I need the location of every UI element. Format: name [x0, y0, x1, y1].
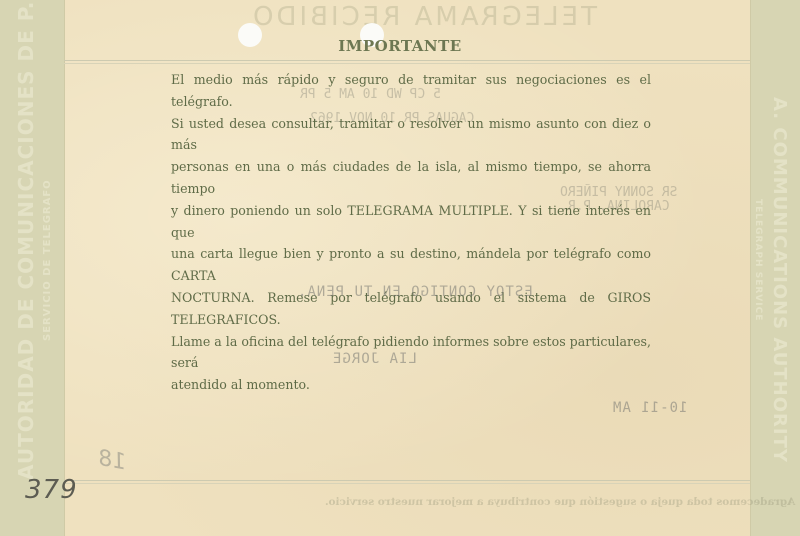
top-divider: [64, 60, 750, 64]
paragraph-line: personas en una o más ciudades de la isl…: [171, 156, 651, 200]
paragraph-line: y dinero poniendo un solo TELEGRAMA MULT…: [171, 200, 651, 244]
typed-message: ESTOY CONTIGO EN TU PENA.: [297, 284, 533, 300]
bleed-through-header: TELEGRAMA RECIBIDO: [250, 2, 597, 32]
handwritten-number: 379: [25, 475, 78, 505]
right-stub-authority-text: A. COMMUNICATIONS AUTHORITY: [769, 60, 790, 500]
typed-time: 10-11 AM: [612, 400, 687, 416]
right-stub: A. COMMUNICATIONS AUTHORITY TELEGRAPH SE…: [750, 0, 800, 536]
left-stub-service-text: SERVICIO DE TELEGRAFO: [42, 120, 53, 400]
notice-paragraph-text: El medio más rápido y seguro de tramitar…: [171, 69, 651, 396]
right-stub-service-text: TELEGRAPH SERVICE: [753, 130, 763, 390]
telegram-card: AUTORIDAD DE COMUNICACIONES DE P. R. SER…: [0, 0, 800, 536]
paragraph-line: atendido al momento.: [171, 374, 651, 396]
typed-signature: LIA JORGE: [332, 351, 417, 367]
notice-paragraph: El medio más rápido y seguro de tramitar…: [171, 69, 651, 396]
left-stub-authority-text: AUTORIDAD DE COMUNICACIONES DE P. R.: [14, 40, 38, 480]
paragraph-line: una carta llegue bien y pronto a su dest…: [171, 243, 651, 287]
paragraph-line: Si usted desea consultar, tramitar o res…: [171, 113, 651, 157]
heading-importante: IMPORTANTE: [0, 37, 800, 55]
bleed-through-footer: Agradecemos toda queja o sugestión que c…: [325, 496, 795, 508]
handwritten-mark: 18: [96, 446, 128, 475]
paragraph-line: El medio más rápido y seguro de tramitar…: [171, 69, 651, 113]
left-stub: AUTORIDAD DE COMUNICACIONES DE P. R. SER…: [0, 0, 65, 536]
bottom-divider: [64, 480, 750, 484]
